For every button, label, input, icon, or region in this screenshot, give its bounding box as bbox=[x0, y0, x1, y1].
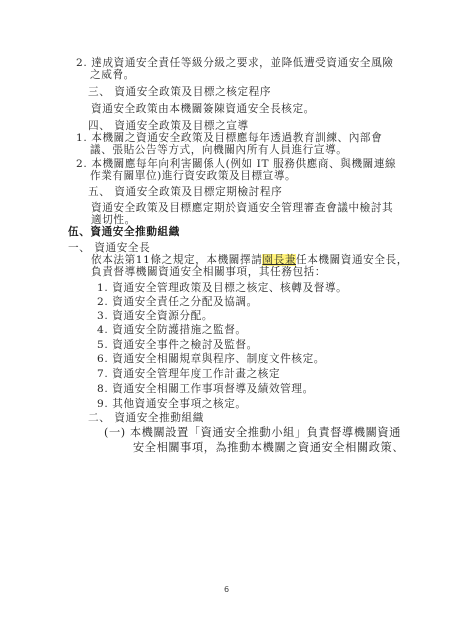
duty-item: 6. 資通安全相關規章與程序、制度文件核定。 bbox=[97, 353, 325, 366]
highlighted-text: 園長兼 bbox=[262, 254, 296, 266]
duty-item: 9. 其他資通安全事項之核定。 bbox=[97, 398, 247, 411]
subsection-heading: 三、 資通安全政策及目標之核定程序 bbox=[88, 86, 271, 99]
page-number: 6 bbox=[224, 585, 229, 594]
paragraph-line: 負責督導機關資通安全相關事項，其任務包括： bbox=[91, 266, 326, 279]
text-line: (一) 本機關設置「資通安全推動小組」負責督導機關資通 bbox=[104, 426, 401, 439]
text-line: 安全相關事項，為推動本機關之資通安全相關政策、 bbox=[133, 441, 404, 454]
duty-item: 7. 資通安全管理年度工作計畫之核定 bbox=[97, 368, 280, 381]
text-line: 作業有關單位)進行資安政策及目標宣導。 bbox=[90, 170, 296, 183]
duty-item: 1. 資通安全管理政策及目標之核定、核轉及督導。 bbox=[97, 282, 347, 295]
duty-item: 8. 資通安全相關工作事項督導及績效管理。 bbox=[97, 383, 314, 396]
text-line: 資通安全政策由本機關簽陳資通安全長核定。 bbox=[91, 103, 315, 116]
text-span: 依本法第11條之規定，本機關擇請 bbox=[91, 254, 262, 266]
section-heading: 伍、資通安全推動組織 bbox=[68, 226, 180, 239]
document-page: 2. 達成資通安全責任等級分級之要求，並降低遭受資通安全風險 之威脅。 三、 資… bbox=[0, 0, 452, 639]
duty-item: 4. 資通安全防護措施之監督。 bbox=[97, 324, 247, 337]
text-line: 議、張貼公告等方式，向機關內所有人員進行宣導。 bbox=[90, 144, 347, 157]
subsection-heading: 二、 資通安全推動組織 bbox=[88, 412, 204, 425]
duty-item: 3. 資通安全資源分配。 bbox=[97, 310, 213, 323]
duty-item: 2. 資通安全責任之分配及協調。 bbox=[97, 296, 258, 309]
text-line: 之威脅。 bbox=[90, 69, 135, 82]
text-span: 任本機關資通安全長， bbox=[296, 254, 408, 266]
text-line: 資通安全政策及目標應定期於資通安全管理審查會議中檢討其 bbox=[91, 202, 393, 215]
duty-item: 5. 資通安全事件之檢討及監督。 bbox=[97, 339, 258, 352]
subsection-heading: 五、 資通安全政策及目標定期檢討程序 bbox=[88, 186, 282, 199]
